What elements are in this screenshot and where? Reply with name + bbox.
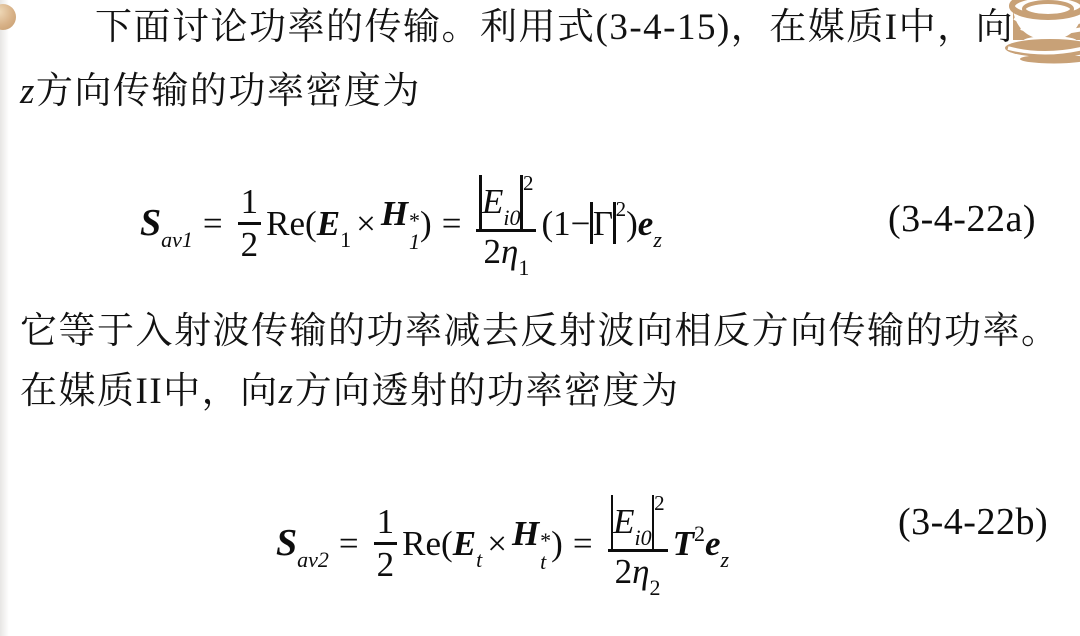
eq2-H-scripts: *t: [540, 531, 551, 573]
eq2-S-sub: av2: [297, 547, 329, 572]
coffee-cup-icon: [988, 0, 1080, 64]
eq1-rparen: ): [420, 206, 432, 241]
eq1-H-symbol: H: [381, 194, 408, 233]
eq1-den-coef: 2: [484, 232, 502, 271]
eq2-times: ×: [487, 526, 507, 561]
eq1-equals-2: =: [442, 206, 462, 241]
eq1-E-symbol: E: [317, 204, 340, 243]
var-z: z: [20, 71, 36, 112]
eq2-E-symbol: E: [453, 524, 476, 563]
eq1-H: H*1: [381, 196, 420, 250]
eq2-equals-2: =: [573, 526, 593, 561]
eq1-tail-open: (1−: [541, 206, 590, 241]
eq1-lhs: Sav1: [140, 204, 193, 242]
eq2-T: T2: [673, 526, 705, 561]
eq1-e-symbol: e: [638, 204, 654, 243]
eq1-H-sub: 1: [409, 232, 420, 253]
eq1-times: ×: [356, 206, 376, 241]
eq1-num-E-sub: i0: [503, 205, 520, 230]
eq2-power-fraction: Ei02 2η2: [608, 495, 668, 591]
eq1-power-num: Ei02: [476, 175, 536, 229]
paragraph1-line2-text: 方向传输的功率密度为: [36, 71, 421, 112]
eq2-T-sup: 2: [694, 521, 705, 546]
eq2-half-den: 2: [374, 545, 398, 584]
eq1-num-E: Ei0: [482, 184, 521, 219]
eq1-power-den: 2η1: [481, 232, 533, 271]
eq2-num-E-sub: i0: [634, 525, 651, 550]
slide: 下面讨论功率的传输。利用式(3-4-15)，在媒质I中，向 z方向传输的功率密度…: [0, 0, 1080, 636]
equation-3-4-22a: Sav1 = 1 2 Re( E1 × H*1 ) = Ei02 2η1 (1−…: [140, 160, 662, 286]
eq2-E-sub: t: [476, 547, 482, 572]
eq2-S: S: [276, 522, 297, 564]
paragraph2-line2-post: 方向透射的功率密度为: [295, 371, 680, 412]
var-z: z: [279, 371, 295, 412]
eq2-num-E-symbol: E: [613, 502, 634, 541]
eq2-H: H*t: [512, 516, 551, 570]
eq2-H-symbol: H: [512, 514, 539, 553]
eq1-power-fraction: Ei02 2η1: [476, 175, 536, 271]
eq2-num-E: Ei0: [613, 504, 652, 539]
paragraph1-line2: z方向传输的功率密度为: [20, 68, 421, 116]
eq2-T-symbol: T: [673, 524, 694, 563]
eq1-gamma: Γ: [593, 206, 613, 241]
eq2-half-num: 1: [374, 502, 398, 541]
eq1-tail-close: ): [626, 206, 638, 241]
eq2-power-num: Ei02: [608, 495, 668, 549]
eq1-half-fraction: 1 2: [238, 182, 262, 263]
eq1-gamma-abs: Γ2: [590, 202, 626, 244]
eq1-S: S: [140, 202, 161, 244]
equation-label-3-4-22b: (3-4-22b): [898, 500, 1048, 544]
eq1-equals-1: =: [203, 206, 223, 241]
eq1-den-sub: 1: [518, 255, 529, 280]
eq1-E: E1: [317, 206, 351, 241]
equation-3-4-22b: Sav2 = 1 2 Re( Et × H*t ) = Ei02 2η2 T2 …: [276, 480, 729, 606]
eq2-ez: ez: [705, 526, 729, 561]
slide-left-edge: [0, 0, 9, 636]
eq2-E: Et: [453, 526, 482, 561]
coffee-bean-icon: [0, 4, 16, 30]
eq2-power-den: 2η2: [612, 552, 664, 591]
paragraph2-line2: 在媒质II中，向z方向透射的功率密度为: [20, 368, 680, 416]
eq1-num-E-symbol: E: [482, 182, 503, 221]
eq2-e-symbol: e: [705, 524, 721, 563]
eq2-equals-1: =: [339, 526, 359, 561]
equation-label-3-4-22a: (3-4-22a): [888, 197, 1036, 241]
eq2-e-sub: z: [721, 547, 730, 572]
eq1-half-num: 1: [238, 182, 262, 221]
eq1-H-scripts: *1: [409, 211, 420, 253]
paragraph1-line1: 下面讨论功率的传输。利用式(3-4-15)，在媒质I中，向: [95, 4, 1014, 52]
eq2-den-coef: 2: [615, 552, 633, 591]
eq2-H-sub: t: [540, 552, 546, 573]
eq1-S-sub: av1: [161, 227, 193, 252]
eq2-den-eta: η: [632, 552, 649, 591]
coffee-cup-graphic: [988, 0, 1080, 64]
eq1-e-sub: z: [653, 227, 662, 252]
eq2-re-open: Re(: [402, 526, 453, 561]
paragraph2-line2-pre: 在媒质II中，向: [20, 371, 279, 412]
eq1-re-open: Re(: [266, 206, 317, 241]
eq2-lhs: Sav2: [276, 524, 329, 562]
eq2-den-sub: 2: [650, 575, 661, 600]
eq1-half-den: 2: [238, 225, 262, 264]
paragraph2-line1: 它等于入射波传输的功率减去反射波向相反方向传输的功率。: [20, 308, 1060, 356]
eq1-ez: ez: [638, 206, 662, 241]
eq2-half-fraction: 1 2: [374, 502, 398, 583]
eq1-den-eta: η: [501, 232, 518, 271]
eq2-rparen: ): [551, 526, 563, 561]
eq1-E-sub: 1: [340, 227, 351, 252]
